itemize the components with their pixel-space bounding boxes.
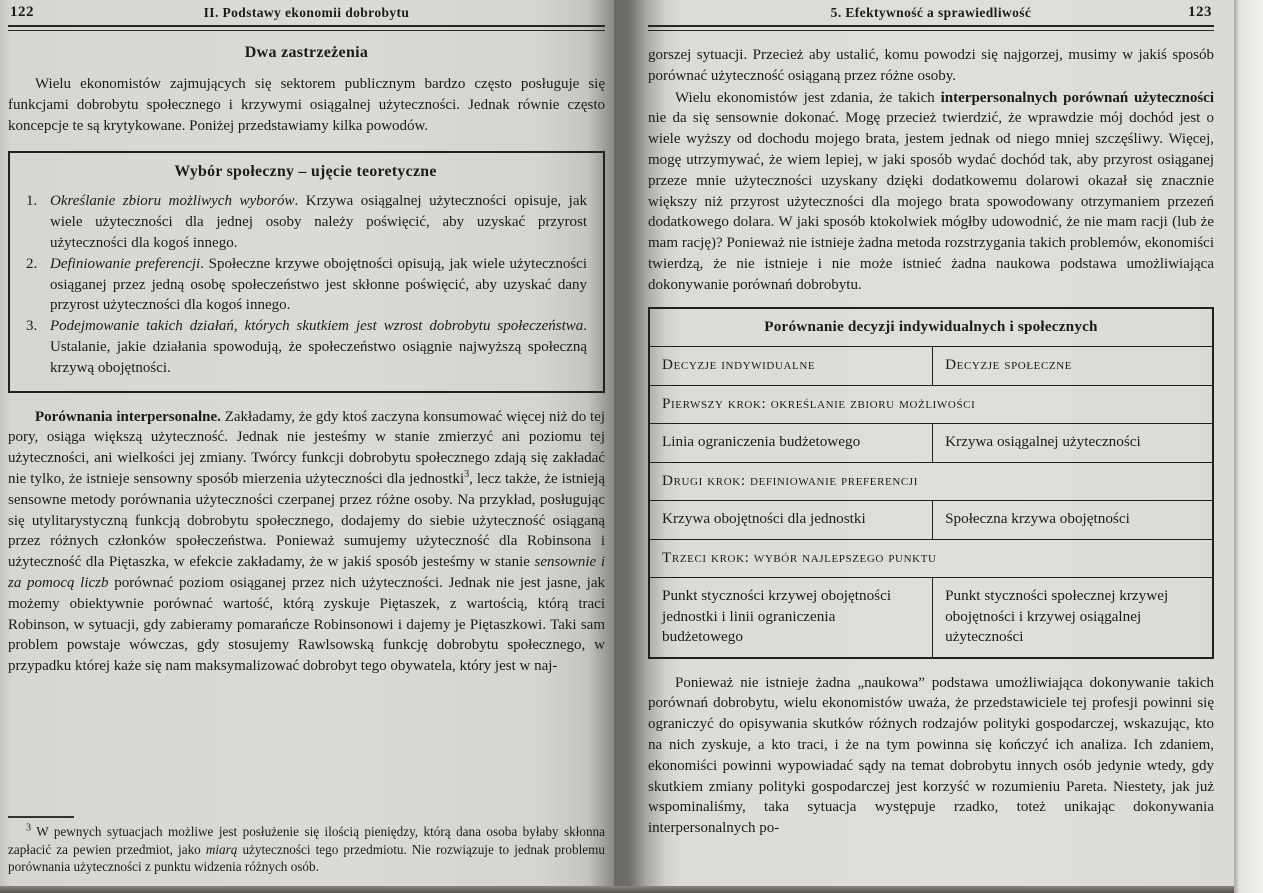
footnote-rule <box>8 816 74 818</box>
footnote: 3 W pewnych sytuacjach możliwe jest posł… <box>8 823 605 876</box>
table-row: Punkt styczności krzywej obojętności jed… <box>649 578 1213 658</box>
header-rule-right <box>648 25 1214 31</box>
item-lead: Podejmowanie takich działań, których sku… <box>50 318 583 334</box>
table-title: Porównanie decyzji indywidualnych i społ… <box>649 308 1213 347</box>
table-row: Pierwszy krok: określanie zbioru możliwo… <box>649 385 1213 424</box>
final-paragraph: Ponieważ nie istnieje żadna „naukowa” po… <box>648 673 1214 839</box>
item-number: 3. <box>26 316 37 337</box>
table-row: Trzeci krok: wybór najlepszego punktu <box>649 539 1213 578</box>
paragraph-bold: interpersonalnych porównań użyteczności <box>941 90 1214 106</box>
table-cell: Linia ograniczenia budżetowego <box>649 424 933 463</box>
book-bottom-edge <box>0 886 1234 893</box>
theory-box: Wybór społeczny – ujęcie teoretyczne 1.O… <box>8 151 605 392</box>
page-left: 122 II. Podstawy ekonomii dobrobytu Dwa … <box>0 0 614 886</box>
section-heading: Dwa zastrzeżenia <box>8 44 605 62</box>
table-cell: Społeczna krzywa obojętności <box>933 501 1213 540</box>
item-number: 2. <box>26 254 37 275</box>
continuation-paragraph: gorszej sytuacji. Przecież aby ustalić, … <box>648 45 1214 87</box>
table-step1-header: Pierwszy krok: określanie zbioru możliwo… <box>649 385 1213 424</box>
table-row: Drugi krok: definiowanie preferencji <box>649 462 1213 501</box>
table-row: Decyzje indywidualne Decyzje społeczne <box>649 347 1213 386</box>
running-head-left-title: II. Podstawy ekonomii dobrobytu <box>8 5 605 21</box>
theory-box-item-2: 2.Definiowanie preferencji. Społeczne kr… <box>24 254 587 316</box>
table-col-header-individual: Decyzje indywidualne <box>649 347 933 386</box>
footnote-block: 3 W pewnych sytuacjach możliwe jest posł… <box>8 816 605 886</box>
table-cell: Punkt styczności krzywej obojętności jed… <box>649 578 933 658</box>
paragraph-text: Wielu ekonomistów jest zdania, że takich <box>675 90 941 106</box>
theory-box-title: Wybór społeczny – ujęcie teoretyczne <box>24 163 587 181</box>
table-row: Porównanie decyzji indywidualnych i społ… <box>649 308 1213 347</box>
page-number-right: 123 <box>1188 4 1212 21</box>
item-lead: Definiowanie preferencji <box>50 256 200 272</box>
item-number: 1. <box>26 191 37 212</box>
book-scan: 122 II. Podstawy ekonomii dobrobytu Dwa … <box>0 0 1263 893</box>
header-rule-left <box>8 25 605 31</box>
table-cell: Krzywa obojętności dla jednostki <box>649 501 933 540</box>
table-cell: Punkt styczności społecznej krzywej oboj… <box>933 578 1213 658</box>
table-step3-header: Trzeci krok: wybór najlepszego punktu <box>649 539 1213 578</box>
table-row: Linia ograniczenia budżetowego Krzywa os… <box>649 424 1213 463</box>
interpersonal-comparisons-paragraph: Wielu ekonomistów jest zdania, że takich… <box>648 88 1214 296</box>
item-lead: Określanie zbioru możliwych wyborów <box>50 193 295 209</box>
intro-paragraph: Wielu ekonomistów zajmujących się sektor… <box>8 74 605 136</box>
running-head-right: 5. Efektywność a sprawiedliwość 123 <box>648 4 1214 23</box>
table-col-header-social: Decyzje społeczne <box>933 347 1213 386</box>
page-edge-right <box>1234 0 1263 893</box>
theory-box-item-1: 1.Określanie zbioru możliwych wyborów. K… <box>24 191 587 253</box>
comparison-table: Porównanie decyzji indywidualnych i społ… <box>648 307 1214 659</box>
interpersonal-paragraph: Porównania interpersonalne. Zakładamy, ż… <box>8 407 605 677</box>
table-row: Krzywa obojętności dla jednostki Społecz… <box>649 501 1213 540</box>
table-cell: Krzywa osiągalnej użyteczności <box>933 424 1213 463</box>
running-head-right-title: 5. Efektywność a sprawiedliwość <box>648 5 1214 21</box>
running-head-left: 122 II. Podstawy ekonomii dobrobytu <box>8 4 605 23</box>
table-step2-header: Drugi krok: definiowanie preferencji <box>649 462 1213 501</box>
paragraph-text: nie da się sensownie dokonać. Mogę przec… <box>648 110 1214 292</box>
paragraph-lead: Porównania interpersonalne. <box>35 409 221 425</box>
footnote-italic: miarą <box>206 842 238 857</box>
page-right: 5. Efektywność a sprawiedliwość 123 gors… <box>614 0 1234 886</box>
theory-box-item-3: 3.Podejmowanie takich działań, których s… <box>24 316 587 378</box>
